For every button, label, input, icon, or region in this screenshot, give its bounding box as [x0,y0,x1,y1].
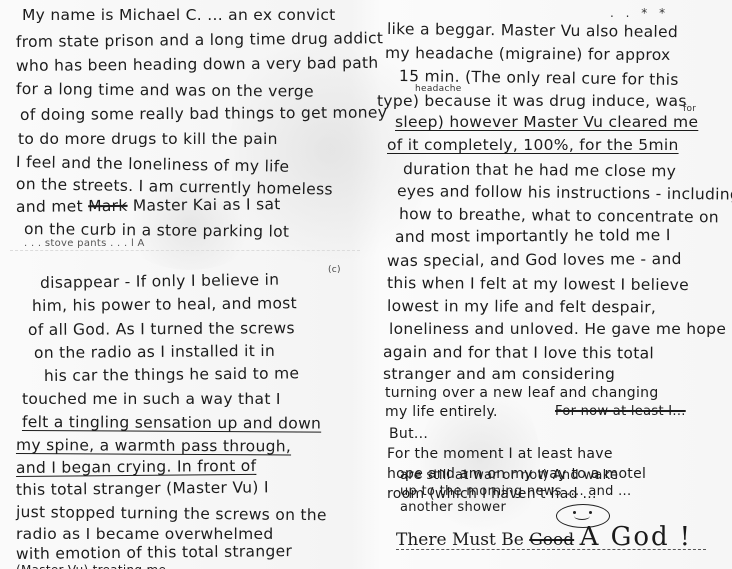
letter-line: of it completely, 100%, for the 5min [387,136,679,154]
letter-line: my headache (migraine) for approx [385,44,671,64]
struck-word: Good [529,530,574,550]
underlined-text: sleep) however Master Vu cleared me [395,113,698,131]
closing-line: There Must Be Good A God! [396,522,690,552]
cut-off-line: . . . stove pants . . . l A [24,238,145,249]
letter-line: for a long time and was on the verge [16,80,314,101]
letter-line: disappear - If only I believe in [40,271,280,292]
underlined-line: my spine, a warmth pass through, [16,436,291,455]
letter-line: and most importantly he told me I [395,226,671,246]
letter-line: of doing some really bad things to get m… [20,103,387,124]
letter-line: this total stranger (Master Vu) I [16,478,269,499]
letter-line: just stopped turning the screws on the [16,503,327,524]
letter-line: touched me in such a way that I [22,390,281,408]
letter-line: who has been heading down a very bad pat… [16,54,379,75]
letter-line: again and for that I love this total [383,343,654,362]
exclamation-mark: ! [680,522,690,552]
letter-line: with emotion of this total stranger [16,542,292,563]
letter-line: loneliness and unloved. He gave me hope [389,320,726,338]
letter-line: him, his power to heal, and most [32,294,297,315]
letter-line: this when I felt at my lowest I believe [387,274,689,294]
letter-line: My name is Michael C. ... an ex convict [22,6,336,24]
struck-word: Mark [88,197,128,215]
letter-line: like a beggar. Master Vu also healed [387,20,678,41]
letter-line: stranger and am considering [383,365,615,383]
scanned-letter: My name is Michael C. ... an ex convict … [0,0,732,569]
letter-line: on the radio as I installed it in [34,342,275,362]
letter-line: turning over a new leaf and changing [385,385,659,401]
letter-line: another shower [400,500,506,515]
letter-line: was special, and God loves me - and [387,250,682,270]
annotation-mark: (c) [328,265,341,275]
letter-line: type) because it was drug induce, was [377,92,687,110]
letter-line: are still at war or not) And wake [400,468,618,483]
letter-line: my life entirely. [385,404,498,420]
letter-line: and met Mark Master Kai as I sat [16,195,281,216]
underlined-line: felt a tingling sensation up and down [22,413,321,433]
letter-line: his car the things he said to me [44,364,300,385]
closing-god: A God [580,522,670,552]
underlined-line: and I began crying. In front of [16,457,256,477]
closing-prefix: There Must Be [396,530,524,550]
letter-line: of all God. As I turned the screws [28,319,295,339]
letter-line: For the moment I at least have [387,446,613,462]
underlined-text: of it completely, 100%, for the 5min [387,136,679,154]
struck-phrase: For now at least I... [555,404,686,419]
letter-text: Master Kai as I sat [133,195,281,215]
cut-off-line: (Master Vu) treating me... [16,563,178,569]
letter-line: sleep) however Master Vu cleared me [395,113,698,131]
top-marks: . . * * [610,6,669,20]
letter-line: radio as I became overwhelmed [16,525,273,543]
letter-line: up to the morning news .... and ... [400,484,631,499]
letter-line: I feel and the loneliness of my life [16,153,290,176]
letter-line: But... [389,426,428,442]
letter-line: duration that he had me close my [403,160,676,180]
letter-line: eyes and follow his instructions - inclu… [397,182,732,204]
letter-line: to do more drugs to kill the pain [18,130,278,148]
closing-underline [396,549,706,550]
page-divider [10,250,360,251]
letter-text: and met [16,197,83,216]
letter-line: lowest in my life and felt despair, [387,297,656,316]
letter-line: from state prison and a long time drug a… [16,29,383,51]
letter-line: how to breathe, what to concentrate on [399,205,719,226]
